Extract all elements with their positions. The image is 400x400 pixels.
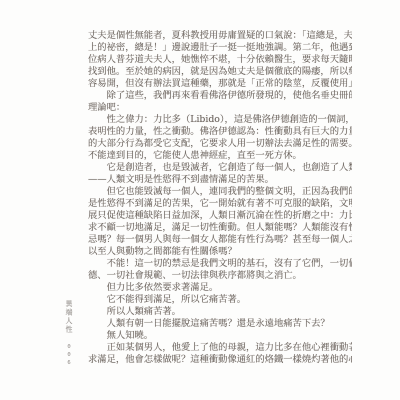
text-line: 位病人普芬道夫夫人，她憔悴不堪，十分依賴醫生，要求每天隨時都能 [88, 54, 352, 66]
text-line: 但力比多依然要求著滿足。 [88, 282, 352, 294]
text-line: 性之偉力：力比多（Libido），這是佛洛伊德創造的一個詞，用以 [88, 114, 352, 126]
page-number: 006 [66, 344, 72, 368]
text-line: 找到他。至於她的病因，就是因為她丈夫是個徹底的陽痿，所以藥方很 [88, 66, 352, 78]
text-line: 人類有朝一日能擺脫這痛苦嗎？還是永遠地痛苦下去？ [88, 318, 352, 330]
text-line: 的大部分行為都受它支配，它要求人用一切辦法去滿足性的需要。如果 [88, 138, 352, 150]
text-line: 德、一切社會規範、一切法律與秩序都將與之消亡。 [88, 270, 352, 282]
text-line: 以至人與動物之間都能有性關係嗎？ [88, 246, 352, 258]
text-line: 除了這些，我們再來看看佛洛伊德所發現的，使他名垂史冊的人性 [88, 90, 352, 102]
book-page-scan: 異端人性 006 丈夫是個性無能者，夏科教授用毋庸置疑的口氣說：「這總是，夫妻床… [0, 0, 400, 400]
text-line: 容易開，但沒有辦法買這種藥，那就是「正常的陰莖，反覆使用」。 [88, 78, 352, 90]
running-title-vertical: 異端人性 [64, 300, 74, 334]
text-line: 不能！這一切的禁忌是我們文明的基石，沒有了它們，一切倫理道 [88, 258, 352, 270]
text-line: 求滿足，他會怎樣做呢？這種衝動像通紅的烙鐵一樣燒灼著他的心，如 [88, 354, 352, 366]
text-line: 所以人類痛苦著。 [88, 306, 352, 318]
text-line: 不能達到目的，它能使人患神經症，直至一死方休。 [88, 150, 352, 162]
text-line: 丈夫是個性無能者，夏科教授用毋庸置疑的口氣說：「這總是，夫妻床 [88, 30, 352, 42]
body-text-block: 丈夫是個性無能者，夏科教授用毋庸置疑的口氣說：「這總是，夫妻床上的祕密，總是！」… [88, 30, 352, 366]
page-margin-column: 異端人性 006 [62, 300, 76, 368]
text-line: 求不顧一切地滿足，滿足一切性衝動。但人類能嗎？人類能沒有性的禁 [88, 222, 352, 234]
text-line: 正如某個男人，他愛上了他的母親，這力比多在他心裡衝動著，要 [88, 342, 352, 354]
text-line: 無人知曉。 [88, 330, 352, 342]
text-line: 但它也能毀滅每一個人，連同我們的整個文明，正因為我們的文明 [88, 186, 352, 198]
text-line: 表明性的力量，性之衝動。佛洛伊德認為：性衝動具有巨大的力量，人 [88, 126, 352, 138]
text-line: 它是創造者，也是毀滅者，它創造了每一個人，也創造了人類文明 [88, 162, 352, 174]
text-line: 理論吧： [88, 102, 352, 114]
text-line: 它不能得到滿足，所以它痛苦著。 [88, 294, 352, 306]
text-line: 上的祕密，總是！」邊說邊肚子一挺一挺地強調。第二年，他遇到了一 [88, 42, 352, 54]
text-line: 忌嗎？每一個男人與每一個女人都能有性行為嗎？甚至每一個人之間， [88, 234, 352, 246]
text-line: 是性慾得不到滿足的苦果，它一開始就有著不可克服的缺陷，文明的發 [88, 198, 352, 210]
text-line: ——人類文明是性慾得不到盡情滿足的苦果。 [88, 174, 352, 186]
text-line: 展只促使這種缺陷日益加深，人類日漸沉淪在性的折磨之中：力比多要 [88, 210, 352, 222]
